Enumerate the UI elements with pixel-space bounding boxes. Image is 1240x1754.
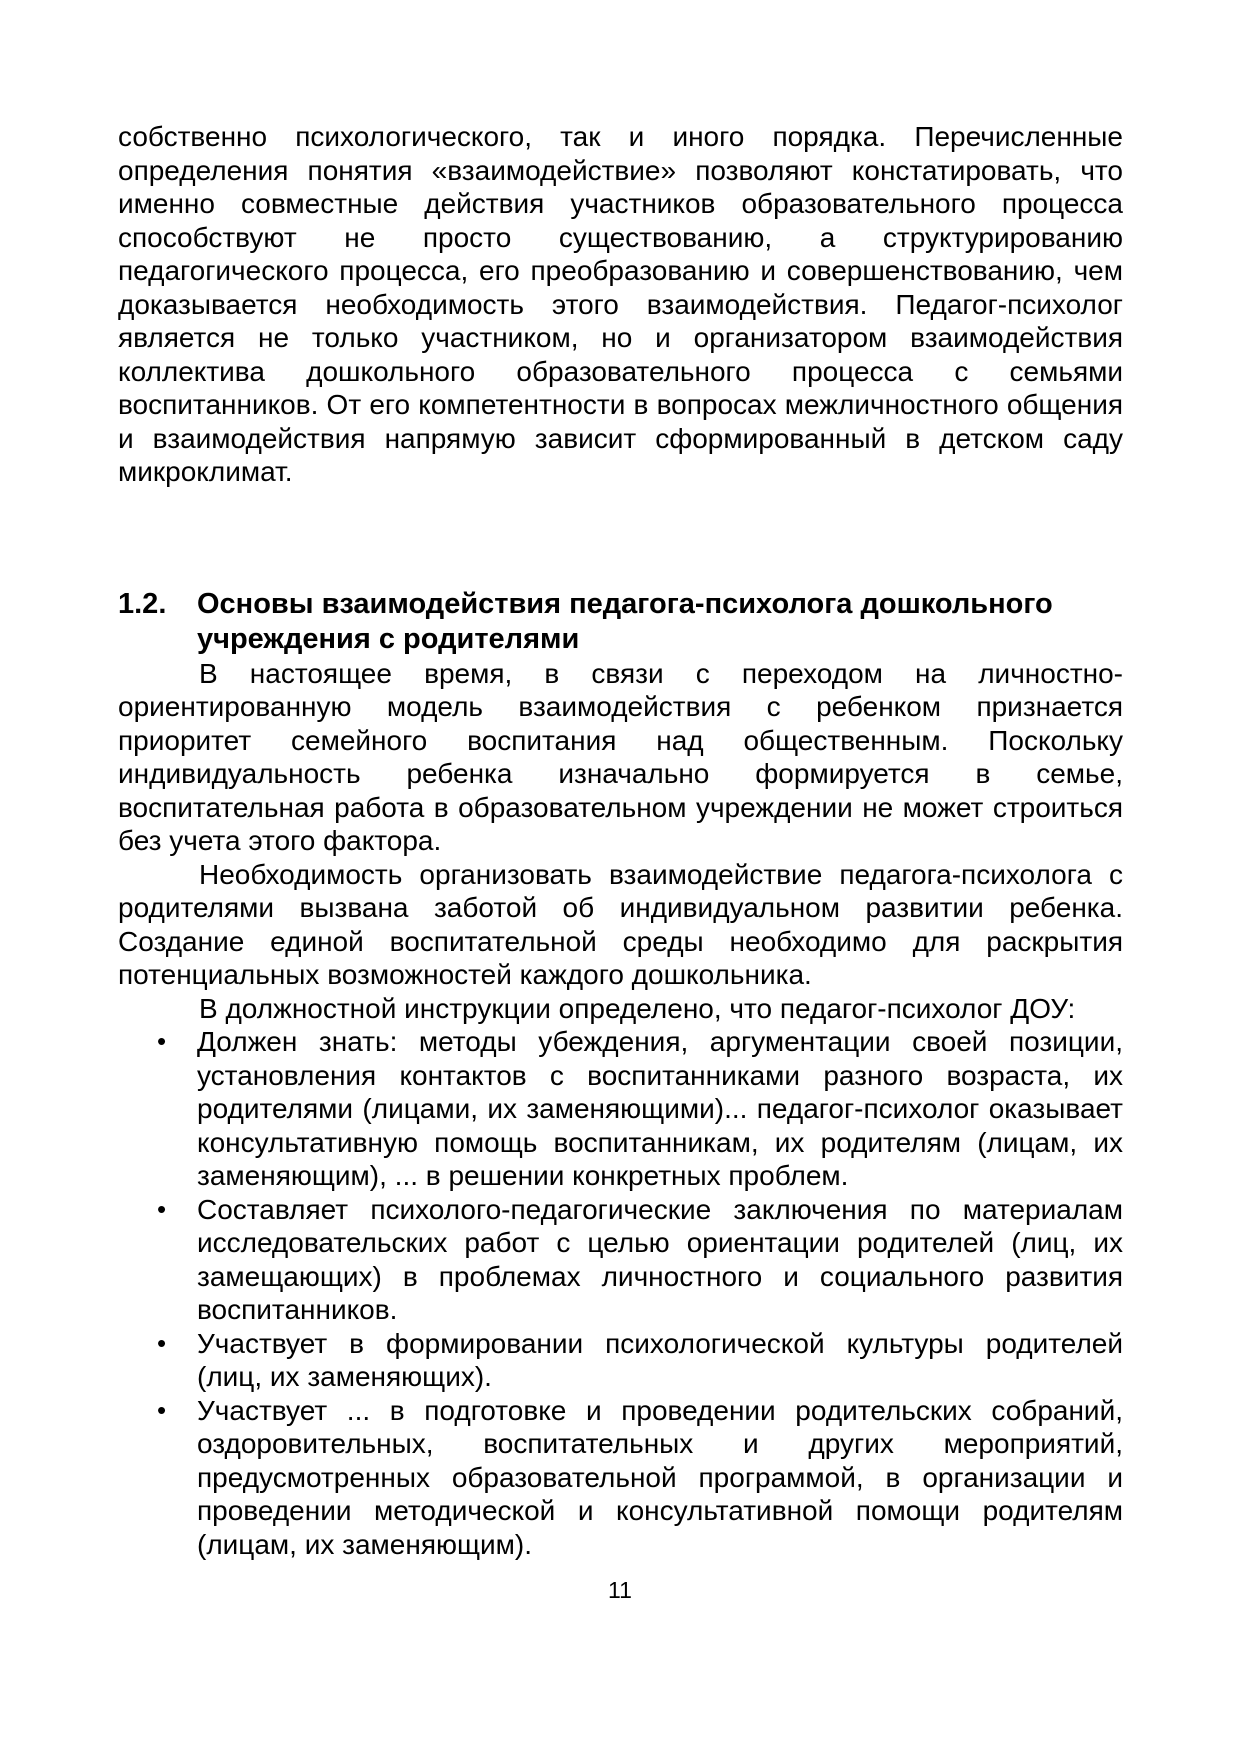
intro-paragraph: собственно психологического, так и иного… <box>118 120 1123 489</box>
duties-intro: В должностной инструкции определено, что… <box>118 992 1123 1026</box>
paragraph-current-time: В настоящее время, в связи с переходом н… <box>118 657 1123 858</box>
list-item: Участвует ... в подготовке и проведении … <box>118 1394 1123 1562</box>
duties-list: Должен знать: методы убеждения, аргумент… <box>118 1025 1123 1561</box>
page-number: 11 <box>0 1577 1240 1604</box>
list-item: Составляет психолого-педагогические закл… <box>118 1193 1123 1327</box>
paragraph-necessity: Необходимость организовать взаимодействи… <box>118 858 1123 992</box>
section-number: 1.2. <box>118 587 166 622</box>
list-item: Должен знать: методы убеждения, аргумент… <box>118 1025 1123 1193</box>
document-page: собственно психологического, так и иного… <box>0 0 1240 1754</box>
section-heading: 1.2. Основы взаимодействия педагога-псих… <box>118 587 1123 657</box>
section-title: Основы взаимодействия педагога-психолога… <box>197 588 1053 655</box>
list-item: Участвует в формировании психологической… <box>118 1327 1123 1394</box>
text-column: собственно психологического, так и иного… <box>118 0 1123 1561</box>
